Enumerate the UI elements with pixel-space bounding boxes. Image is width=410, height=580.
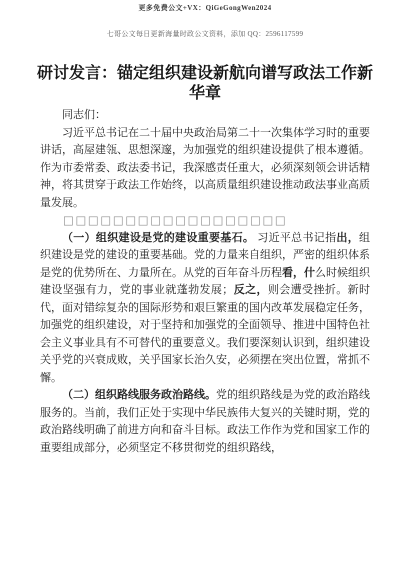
paragraph: （二）组织路线服务政治路线。党的组织路线是为党的政治路线服务的。当前，我们正处于…	[40, 387, 370, 457]
paragraph: 习近平总书记在二十届中央政治局第二十一次集体学习时的重要讲话，高屋建瓴、思想深邃…	[40, 125, 370, 213]
placeholder-boxes: □□□□□□□□□□□□□□□□□□	[40, 212, 370, 230]
document-title: 研讨发言：锚定组织建设新航向谱写政法工作新华章	[37, 64, 373, 104]
text-run: 习近平总书记在二十届中央政治局第二十一次集体学习时的重要讲话，高屋建瓴、思想深邃…	[40, 127, 370, 209]
bold-text-run: 反之，	[233, 284, 268, 296]
bold-text-run: （二）组织路线服务政治路线。	[62, 389, 216, 401]
bold-text-run: 看，什	[282, 267, 315, 279]
watermark-note: 七哥公文每日更新海量时政公文资料，添加 QQ：2596117599	[0, 29, 410, 39]
bold-text-run: 出，	[336, 232, 359, 244]
document-body: 同志们：习近平总书记在二十届中央政治局第二十一次集体学习时的重要讲话，高屋建瓴、…	[40, 107, 370, 457]
bold-text-run: （一）组织建设是党的建设重要基石。	[62, 232, 254, 244]
paragraph: 同志们：	[40, 107, 370, 125]
paragraph: （一）组织建设是党的建设重要基石。 习近平总书记指出，组织建设是党的建设的重要基…	[40, 230, 370, 388]
watermark-promo: 更多免费公文+VX：QiGeGongWen2024	[0, 3, 410, 13]
text-run: 则会遭受挫折。新时代，面对错综复杂的国际形势和艰巨繁重的国内改革发展稳定任务，加…	[40, 284, 370, 384]
text-run: 同志们：	[62, 109, 106, 121]
document-page: 更多免费公文+VX：QiGeGongWen2024 七哥公文每日更新海量时政公文…	[0, 0, 410, 580]
text-run: 习近平总书记指	[254, 232, 336, 244]
